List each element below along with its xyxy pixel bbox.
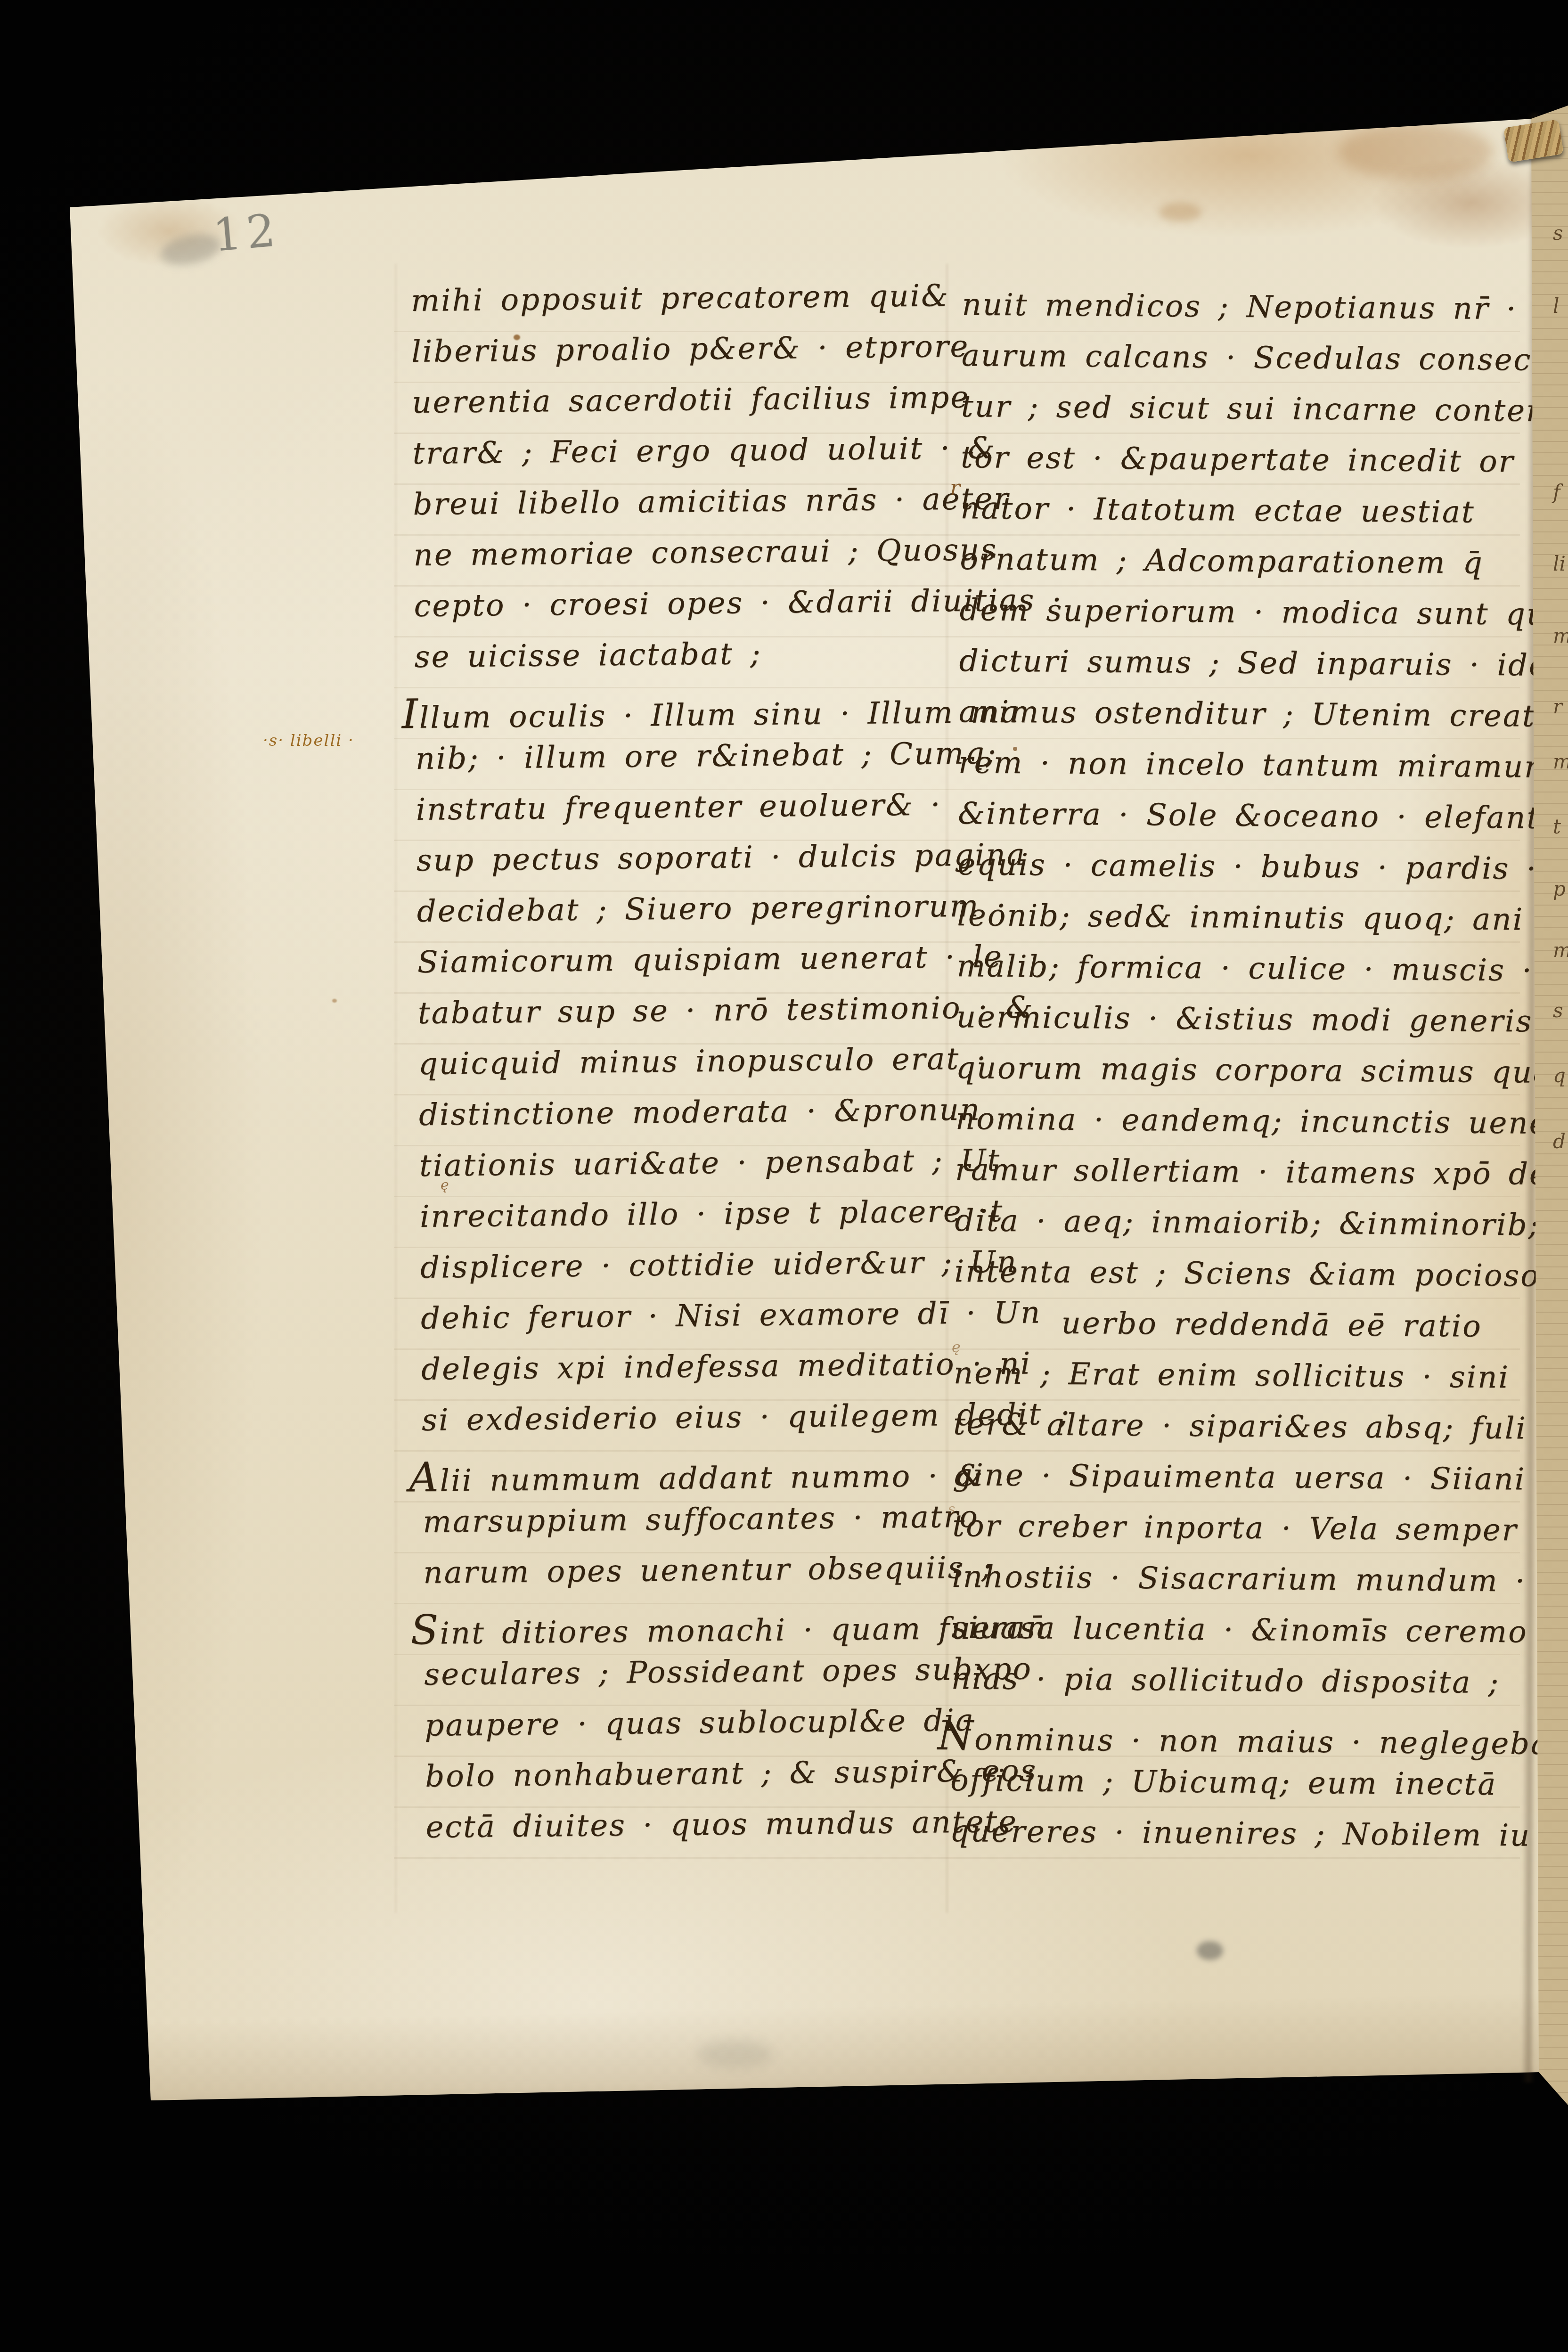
stain xyxy=(1159,203,1201,221)
ink-fleck xyxy=(332,999,337,1003)
edge-letter-fragment: li xyxy=(1553,552,1566,575)
manuscript-line: leonib; sed& inminutis quoq; ani xyxy=(957,898,1518,953)
manuscript-line: quereres · inuenires ; Nobilem iu xyxy=(950,1814,1511,1869)
manuscript-line: cepto · croesi opes · &darii diuitias · xyxy=(414,584,975,640)
interlinear-gloss: ·s· libelli · xyxy=(263,731,354,750)
edge-letter-fragment: m xyxy=(1553,624,1568,647)
manuscript-line: Sint ditiores monachi · quam fueran̄ xyxy=(410,1601,985,1658)
manuscript-line: Nonminus · non maius · neglegebat xyxy=(937,1712,1511,1768)
folio-number: 12 xyxy=(211,204,282,262)
manuscript-line: bolo nonhabuerant ; & suspir& eos xyxy=(425,1754,986,1810)
manuscript-line: narum opes uenentur obsequiis ; xyxy=(423,1550,984,1606)
margin-mark: ę xyxy=(952,1338,961,1356)
page-bottom-shadow xyxy=(93,1992,1556,2126)
manuscript-line: marsuppium suffocantes · matro xyxy=(423,1499,984,1555)
edge-letter-fragment: f xyxy=(1553,481,1560,504)
edge-letter-fragment: t xyxy=(1553,815,1561,838)
manuscript-line: nem ; Erat enim sollicitus · sini xyxy=(953,1356,1514,1411)
manuscript-line: ramur sollertiam · itamens xpō de xyxy=(955,1152,1516,1208)
manuscript-line: dicturi sumus ; Sed inparuis · idem xyxy=(959,644,1520,699)
manuscript-line: si exdesiderio eius · quilegem dedit ; xyxy=(422,1397,983,1454)
manuscript-line: rem · non incelo tantum miramur xyxy=(958,745,1519,800)
text-column-left: mihi opposuit precatorem qui&liberius pr… xyxy=(411,278,987,1861)
manuscript-line: intenta est ; Sciens &iam pocioso xyxy=(954,1254,1515,1309)
manuscript-line: inrecitando illo · ipse t placere ·t xyxy=(420,1194,981,1250)
manuscript-line: gine · Sipauimenta uersa · Siiani xyxy=(953,1458,1514,1513)
manuscript-line: aurum calcans · Scedulas consecta xyxy=(961,338,1522,393)
manuscript-line: nib; · illum ore r&inebat ; Cumq; xyxy=(415,736,976,792)
manuscript-line: nuit mendicos ; Nepotianus nr̄ · xyxy=(962,287,1523,343)
manuscript-line: uerentia sacerdotii facilius impe xyxy=(412,380,973,436)
manuscript-line: sup pectus soporati · dulcis pagina xyxy=(416,838,977,894)
manuscript-line: ornatum ; Adcomparationem q̄ xyxy=(960,542,1521,597)
edge-letter-fragment: q xyxy=(1553,1064,1566,1087)
manuscript-line: dita · aeq; inmaiorib; &inminorib; xyxy=(955,1203,1516,1258)
manuscript-line: delegis xpi indefessa meditatio · ni xyxy=(421,1347,982,1403)
manuscript-line: instratu frequenter euoluer& · xyxy=(416,787,977,843)
manuscript-line: tabatur sup se · nrō testimonio · & xyxy=(418,991,979,1047)
manuscript-line: decidebat ; Siuero peregrinorum · xyxy=(416,889,978,945)
manuscript-line: malib; formica · culice · muscis · xyxy=(956,949,1518,1004)
manuscript-line: animus ostenditur ; Utenim creato xyxy=(958,694,1519,750)
manuscript-line: siuasa lucentia · &inomīs ceremo xyxy=(951,1610,1512,1666)
edge-letter-fragment: p xyxy=(1553,877,1566,900)
manuscript-line: equis · camelis · bubus · pardis · ursis… xyxy=(957,847,1519,902)
manuscript-line: tor est · &paupertate incedit or xyxy=(961,440,1522,495)
manuscript-line: nator · Itatotum ectae uestiat xyxy=(960,491,1521,546)
manuscript-line: quorum magis corpora scimus quā xyxy=(955,1051,1517,1106)
manuscript-line: Illum oculis · Illum sinu · Illum ma xyxy=(401,686,976,742)
edge-letter-fragment: m xyxy=(1553,750,1568,773)
manuscript-line: mihi opposuit precatorem qui& xyxy=(411,278,972,335)
manuscript-line: distinctione moderata · &pronun xyxy=(419,1092,980,1148)
manuscript-line: uerbo reddendā eē ratio xyxy=(1061,1306,1515,1361)
photo-background: 12 mihi opposuit precatorem qui&liberius… xyxy=(0,0,1568,2352)
manuscript-line: paupere · quas sublocupl&e dia xyxy=(425,1703,986,1759)
edge-letter-fragment: m xyxy=(1553,939,1568,962)
edge-letter-fragment: d xyxy=(1553,1130,1566,1153)
edge-letter-fragment: s xyxy=(1553,999,1563,1022)
manuscript-line: tur ; sed sicut sui incarne contemp xyxy=(961,389,1522,444)
manuscript-line: seculares ; Possideant opes subxpo xyxy=(424,1652,985,1708)
edge-letter-fragment: r xyxy=(1553,695,1562,718)
manuscript-line: Siamicorum quispiam uenerat · le xyxy=(417,940,978,996)
manuscript-line: se uicisse iactabat ; xyxy=(414,635,975,691)
manuscript-line: nomina · eandemq; incunctis uene xyxy=(955,1102,1517,1157)
manuscript-line: dehic feruor · Nisi examore dī · Un xyxy=(421,1296,982,1352)
manuscript-line: nias · pia sollicitudo disposita ; xyxy=(951,1661,1512,1716)
manuscript-line: inhostiis · Sisacrarium mundum · xyxy=(952,1560,1513,1615)
manuscript-line: quicquid minus inopusculo erat · xyxy=(418,1042,980,1098)
manuscript-line: dem superiorum · modica sunt que xyxy=(959,593,1520,648)
manuscript-line: tor creber inporta · Vela semper xyxy=(952,1509,1513,1564)
smudge xyxy=(1197,1941,1223,1960)
manuscript-line: &interra · Sole &oceano · elefantis · xyxy=(958,796,1519,851)
stain xyxy=(1338,123,1494,180)
margin-mark: s xyxy=(948,1501,955,1518)
edge-letter-fragment: s xyxy=(1553,221,1563,245)
manuscript-line: uermiculis · &istius modi generis · xyxy=(956,1000,1517,1055)
margin-crease xyxy=(395,264,397,1913)
margin-mark: r xyxy=(950,475,960,500)
manuscript-line: Alii nummum addant nummo · & xyxy=(409,1448,983,1505)
manuscript-line: trar& ; Feci ergo quod uoluit · & xyxy=(412,431,973,487)
manuscript-line: officium ; Ubicumq; eum inectā xyxy=(950,1763,1511,1818)
manuscript-page: 12 mihi opposuit precatorem qui&liberius… xyxy=(0,0,1568,2352)
edge-letter-fragment: l xyxy=(1553,294,1559,318)
manuscript-line: ter& altare · sipari&es absq; fuli xyxy=(953,1407,1514,1462)
margin-mark: ę xyxy=(441,1177,449,1193)
manuscript-line: ectā diuites · quos mundus antete xyxy=(425,1805,987,1861)
text-column-right: nuit mendicos ; Nepotianus nr̄ ·aurum ca… xyxy=(950,287,1523,1869)
manuscript-line: breui libello amicitias nrās · aeter xyxy=(413,482,974,538)
manuscript-line: tiationis uari&ate · pensabat ; Ut xyxy=(419,1143,980,1199)
manuscript-line: displicere · cottidie uider&ur ; Un xyxy=(420,1245,981,1301)
manuscript-line: ne memoriae consecraui ; Quosus xyxy=(413,533,974,589)
manuscript-line: liberius proalio p&er& · etprore xyxy=(411,329,972,385)
